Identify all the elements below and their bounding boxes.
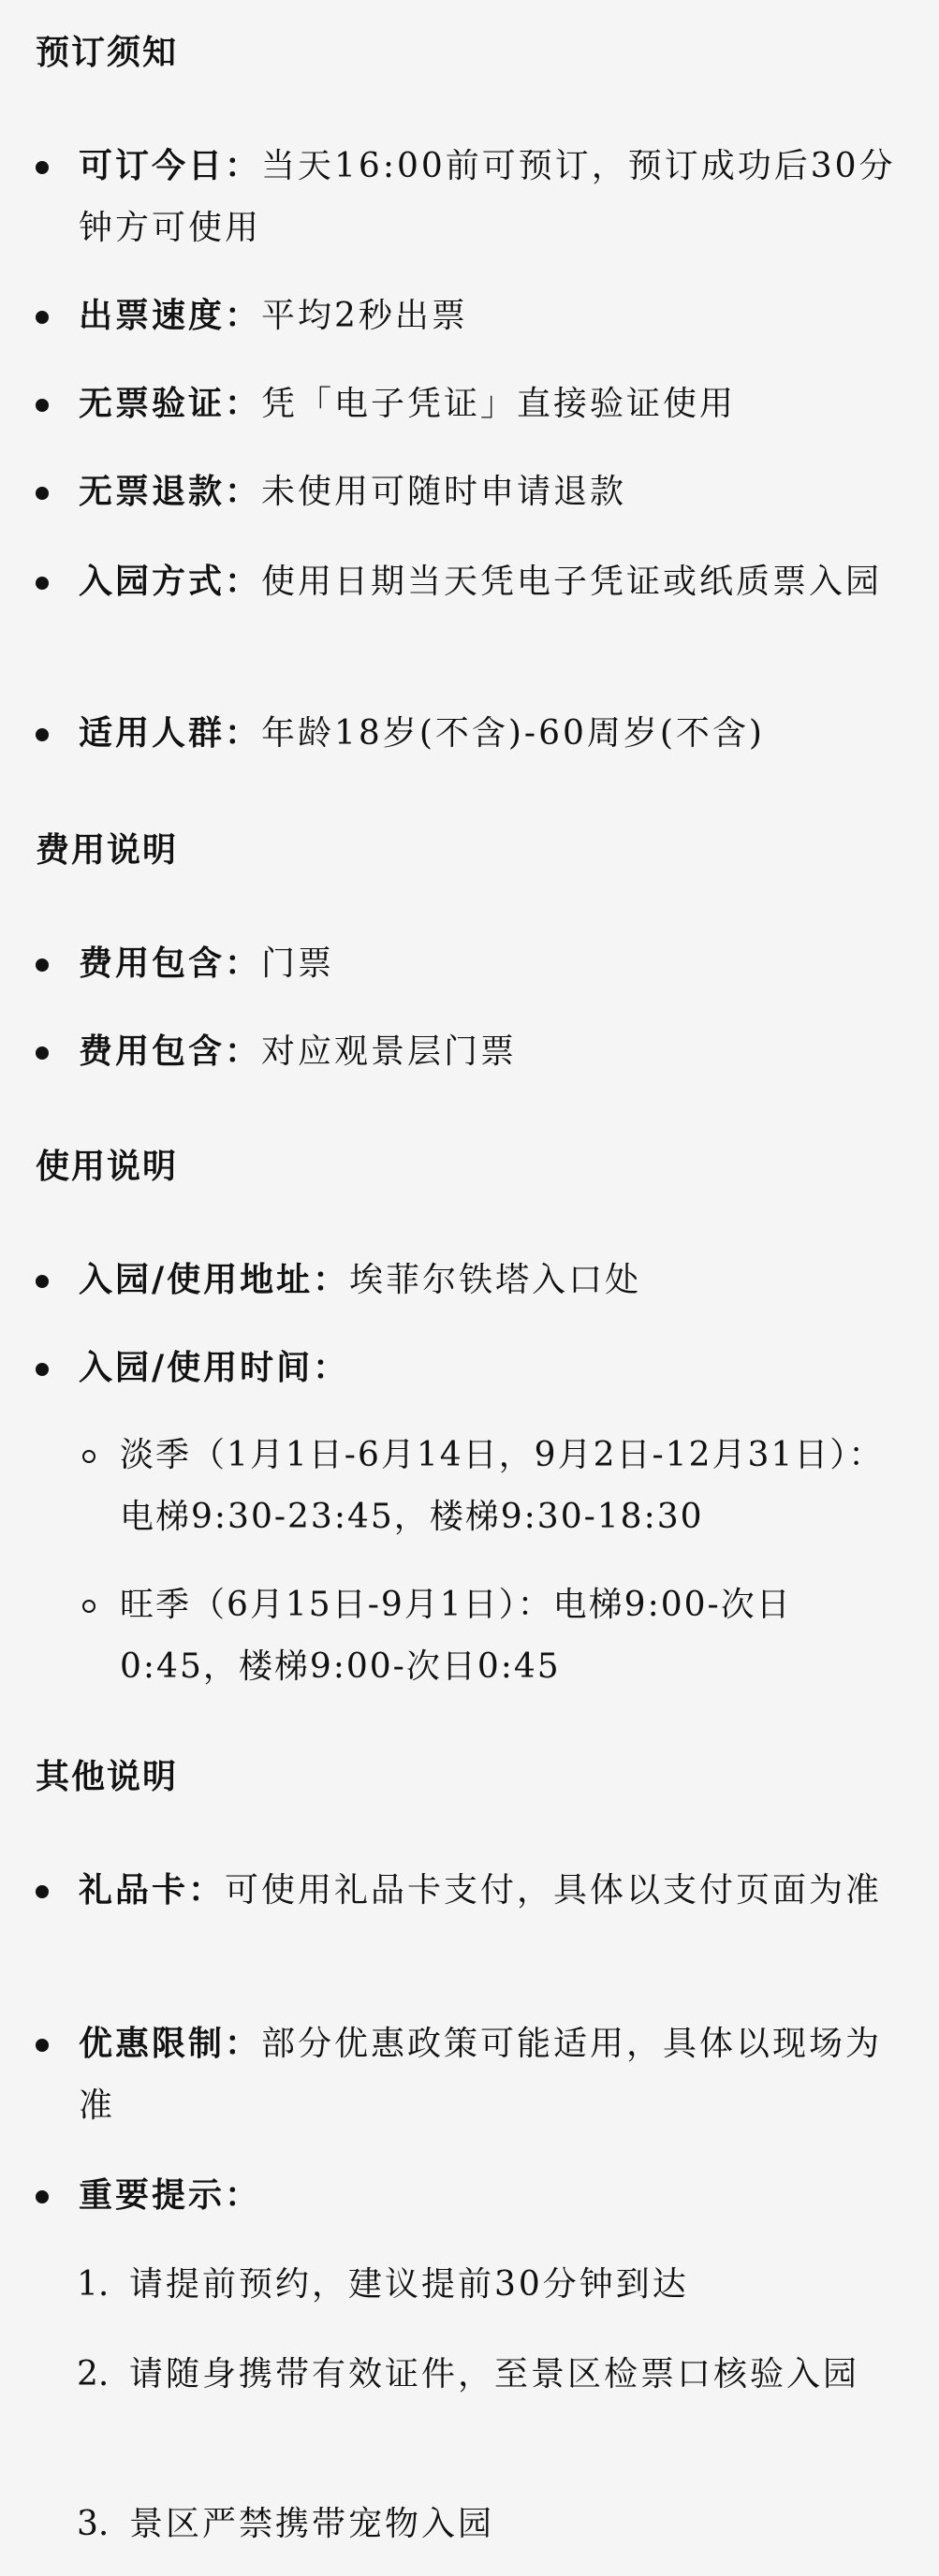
item-text: 请提前预约，建议提前30分钟到达: [129, 2254, 905, 2316]
item-index: 1.: [77, 2254, 109, 2316]
section-title-other-notes: 其他说明: [36, 1750, 178, 1798]
numbered-item-3: 3. 景区严禁携带宠物入园: [77, 2494, 905, 2555]
bullet-icon: [36, 1046, 49, 1060]
item-label: 入园/使用时间：: [79, 1348, 349, 1387]
item-index: 3.: [77, 2494, 109, 2555]
list-item-fee-includes-ticket: 费用包含：门票: [34, 932, 905, 995]
bullet-icon: [36, 577, 49, 590]
item-label: 优惠限制：: [79, 2024, 261, 2063]
sub-item-peak-season: 旺季（6月15日-9月1日）：电梯9:00-次日0:45，楼梯9:00-次日0:…: [79, 1574, 905, 1698]
bullet-icon: [36, 959, 49, 972]
bullet-icon: [36, 2039, 49, 2052]
bullet-icon: [36, 311, 49, 324]
bullet-icon: [36, 2190, 49, 2203]
item-label: 礼品卡：: [79, 1870, 225, 1910]
list-item-fee-includes-observation: 费用包含：对应观景层门票: [34, 1020, 905, 1083]
item-label: 入园/使用地址：: [79, 1260, 349, 1299]
bullet-icon: [36, 728, 49, 741]
item-text: 埃菲尔铁塔入口处: [349, 1261, 641, 1299]
list-item-book-today: 可订今日：当天16:00前可预订，预订成功后30分钟方可使用: [34, 135, 905, 259]
sub-item-off-season: 淡季（1月1日-6月14日，9月2日-12月31日）：电梯9:30-23:45，…: [79, 1425, 905, 1548]
numbered-item-2: 2. 请随身携带有效证件，至景区检票口核验入园: [77, 2344, 905, 2406]
circle-bullet-icon: [82, 1600, 95, 1613]
item-label: 费用包含：: [79, 1032, 261, 1071]
item-label: 无票验证：: [79, 384, 261, 423]
numbered-item-1: 1. 请提前预约，建议提前30分钟到达: [77, 2254, 905, 2316]
item-text: 凭「电子凭证」直接验证使用: [261, 385, 736, 423]
section-title-usage-description: 使用说明: [36, 1140, 178, 1188]
list-item-gift-card: 礼品卡：可使用礼品卡支付，具体以支付页面为准: [34, 1859, 905, 1922]
item-label: 出票速度：: [79, 296, 261, 335]
list-item-discount-limit: 优惠限制：部分优惠政策可能适用，具体以现场为准: [34, 2012, 905, 2137]
bullet-icon: [36, 1275, 49, 1288]
list-item-important-tips: 重要提示：: [34, 2164, 905, 2227]
item-text: 未使用可随时申请退款: [261, 473, 626, 511]
sub-item-text: 淡季（1月1日-6月14日，9月2日-12月31日）：电梯9:30-23:45，…: [120, 1425, 905, 1548]
list-item-entry-address: 入园/使用地址：埃菲尔铁塔入口处: [34, 1249, 905, 1311]
item-text: 年龄18岁(不含)-60周岁(不含): [261, 714, 765, 753]
item-text: 门票: [261, 944, 334, 983]
list-item-entry-time: 入园/使用时间：: [34, 1337, 905, 1399]
list-item-ticketless-verify: 无票验证：凭「电子凭证」直接验证使用: [34, 373, 905, 435]
bullet-icon: [36, 399, 49, 412]
bullet-icon: [36, 487, 49, 500]
item-label: 费用包含：: [79, 944, 261, 983]
list-item-entry-method: 入园方式：使用日期当天凭电子凭证或纸质票入园: [34, 550, 905, 613]
item-index: 2.: [77, 2344, 109, 2406]
item-text: 可使用礼品卡支付，具体以支付页面为准: [225, 1871, 882, 1910]
section-title-booking-notice: 预订须知: [36, 26, 178, 74]
item-label: 无票退款：: [79, 472, 261, 511]
item-text: 景区严禁携带宠物入园: [129, 2494, 905, 2555]
circle-bullet-icon: [82, 1450, 95, 1463]
item-label: 可订今日：: [79, 146, 261, 185]
item-text: 平均2秒出票: [261, 297, 468, 335]
list-item-ticket-speed: 出票速度：平均2秒出票: [34, 285, 905, 347]
item-label: 入园方式：: [79, 562, 261, 601]
bullet-icon: [36, 161, 49, 174]
item-text: 对应观景层门票: [261, 1032, 517, 1071]
bullet-icon: [36, 1885, 49, 1898]
item-text: 使用日期当天凭电子凭证或纸质票入园: [261, 563, 882, 601]
item-label: 重要提示：: [79, 2175, 261, 2215]
item-text: 请随身携带有效证件，至景区检票口核验入园: [129, 2344, 905, 2406]
item-label: 适用人群：: [79, 713, 261, 753]
bullet-icon: [36, 1363, 49, 1376]
section-title-fee-description: 费用说明: [36, 824, 178, 871]
list-item-ticketless-refund: 无票退款：未使用可随时申请退款: [34, 461, 905, 523]
sub-item-text: 旺季（6月15日-9月1日）：电梯9:00-次日0:45，楼梯9:00-次日0:…: [120, 1574, 905, 1698]
list-item-applicable-people: 适用人群：年龄18岁(不含)-60周岁(不含): [34, 702, 905, 765]
